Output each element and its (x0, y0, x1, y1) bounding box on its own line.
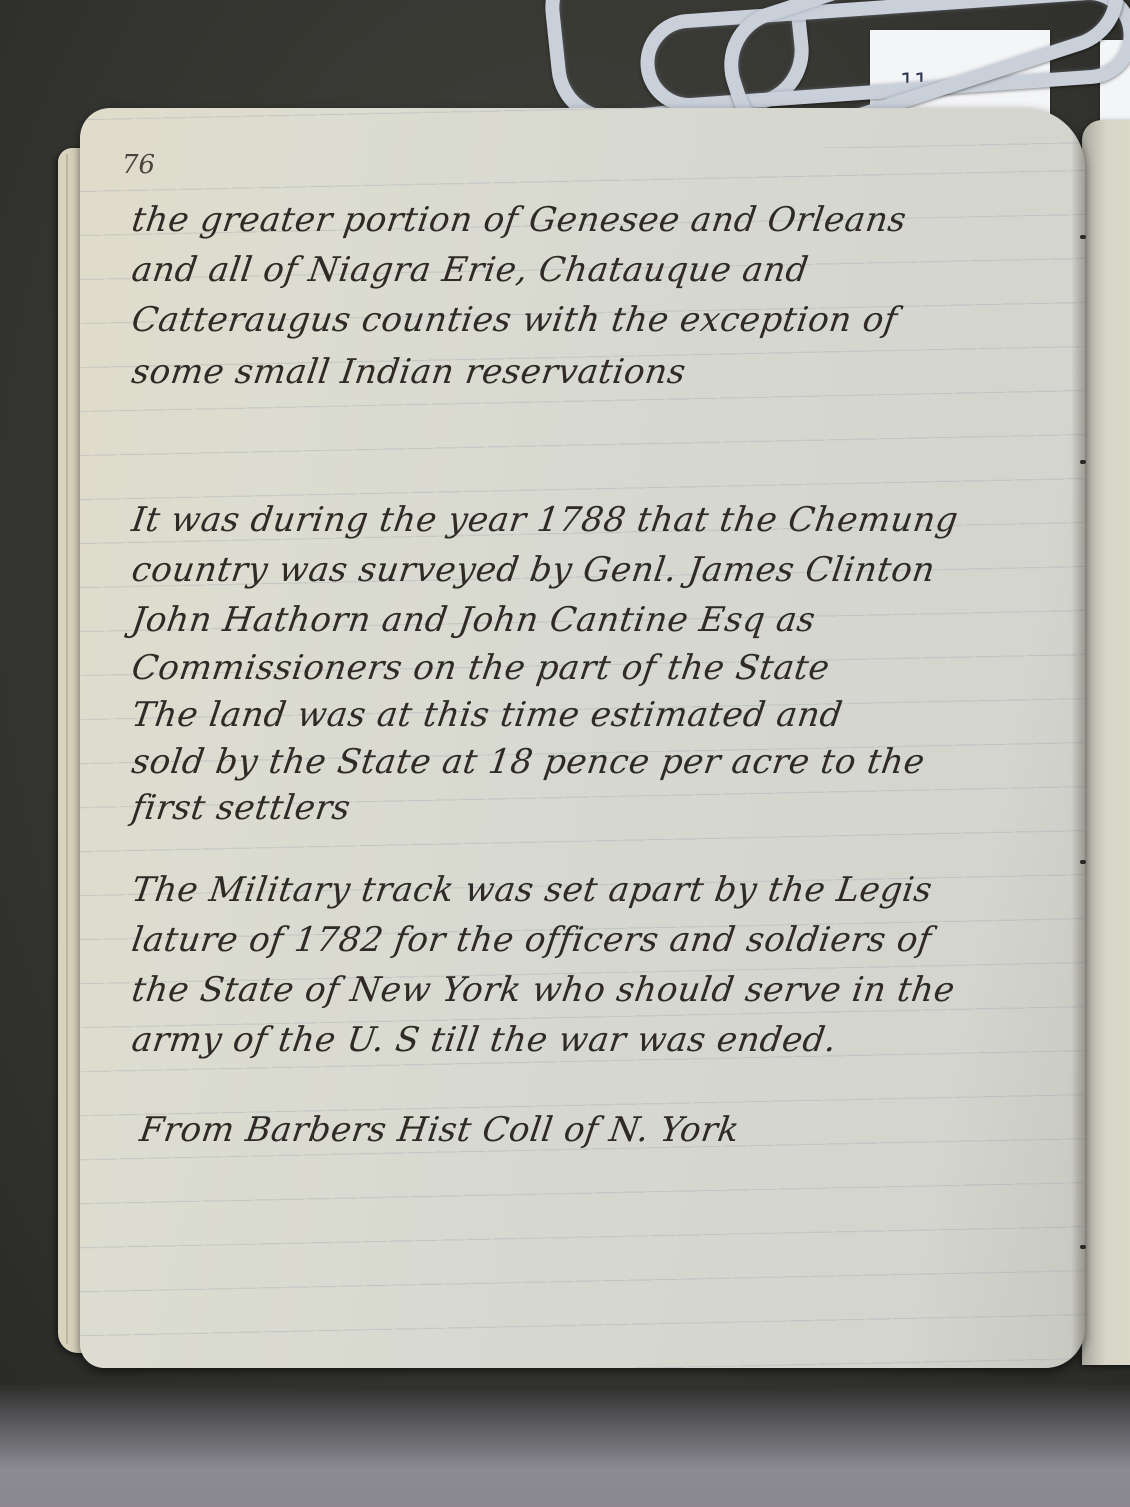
handwritten-line: Catteraugus counties with the exception … (129, 300, 900, 340)
handwritten-line: first settlers (129, 788, 353, 828)
handwritten-line: lature of 1782 for the officers and sold… (129, 920, 934, 960)
handwritten-line: John Hathorn and John Cantine Esq as (129, 600, 818, 640)
facing-page-edge (1082, 120, 1130, 1365)
handwritten-line: the greater portion of Genesee and Orlea… (129, 200, 909, 240)
handwritten-line: Commissioners on the part of the State (129, 648, 832, 688)
handwritten-line: sold by the State at 18 pence per acre t… (129, 742, 927, 782)
ruled-lines (80, 108, 1085, 1368)
handwritten-line: some small Indian reservations (129, 352, 688, 392)
source-citation: From Barbers Hist Coll of N. York (137, 1110, 742, 1150)
handwritten-line: and all of Niagra Erie, Chatauque and (129, 250, 811, 290)
notebook-page (80, 108, 1085, 1368)
table-surface (0, 1385, 1130, 1507)
binding-stitch (1080, 460, 1086, 464)
binding-stitch (1080, 235, 1086, 239)
binding-stitch (1080, 860, 1086, 864)
handwritten-line: the State of New York who should serve i… (129, 970, 957, 1010)
handwritten-line: army of the U. S till the war was ended. (129, 1020, 839, 1060)
binding-stitch (1080, 1245, 1086, 1249)
page-number: 76 (122, 150, 155, 180)
handwritten-line: It was during the year 1788 that the Che… (129, 500, 961, 540)
handwritten-line: The Military track was set apart by the … (129, 870, 935, 910)
page-gutter-shadow (1071, 108, 1085, 1368)
handwritten-line: The land was at this time estimated and (129, 695, 845, 735)
handwritten-line: country was surveyed by Genl. James Clin… (129, 550, 937, 590)
